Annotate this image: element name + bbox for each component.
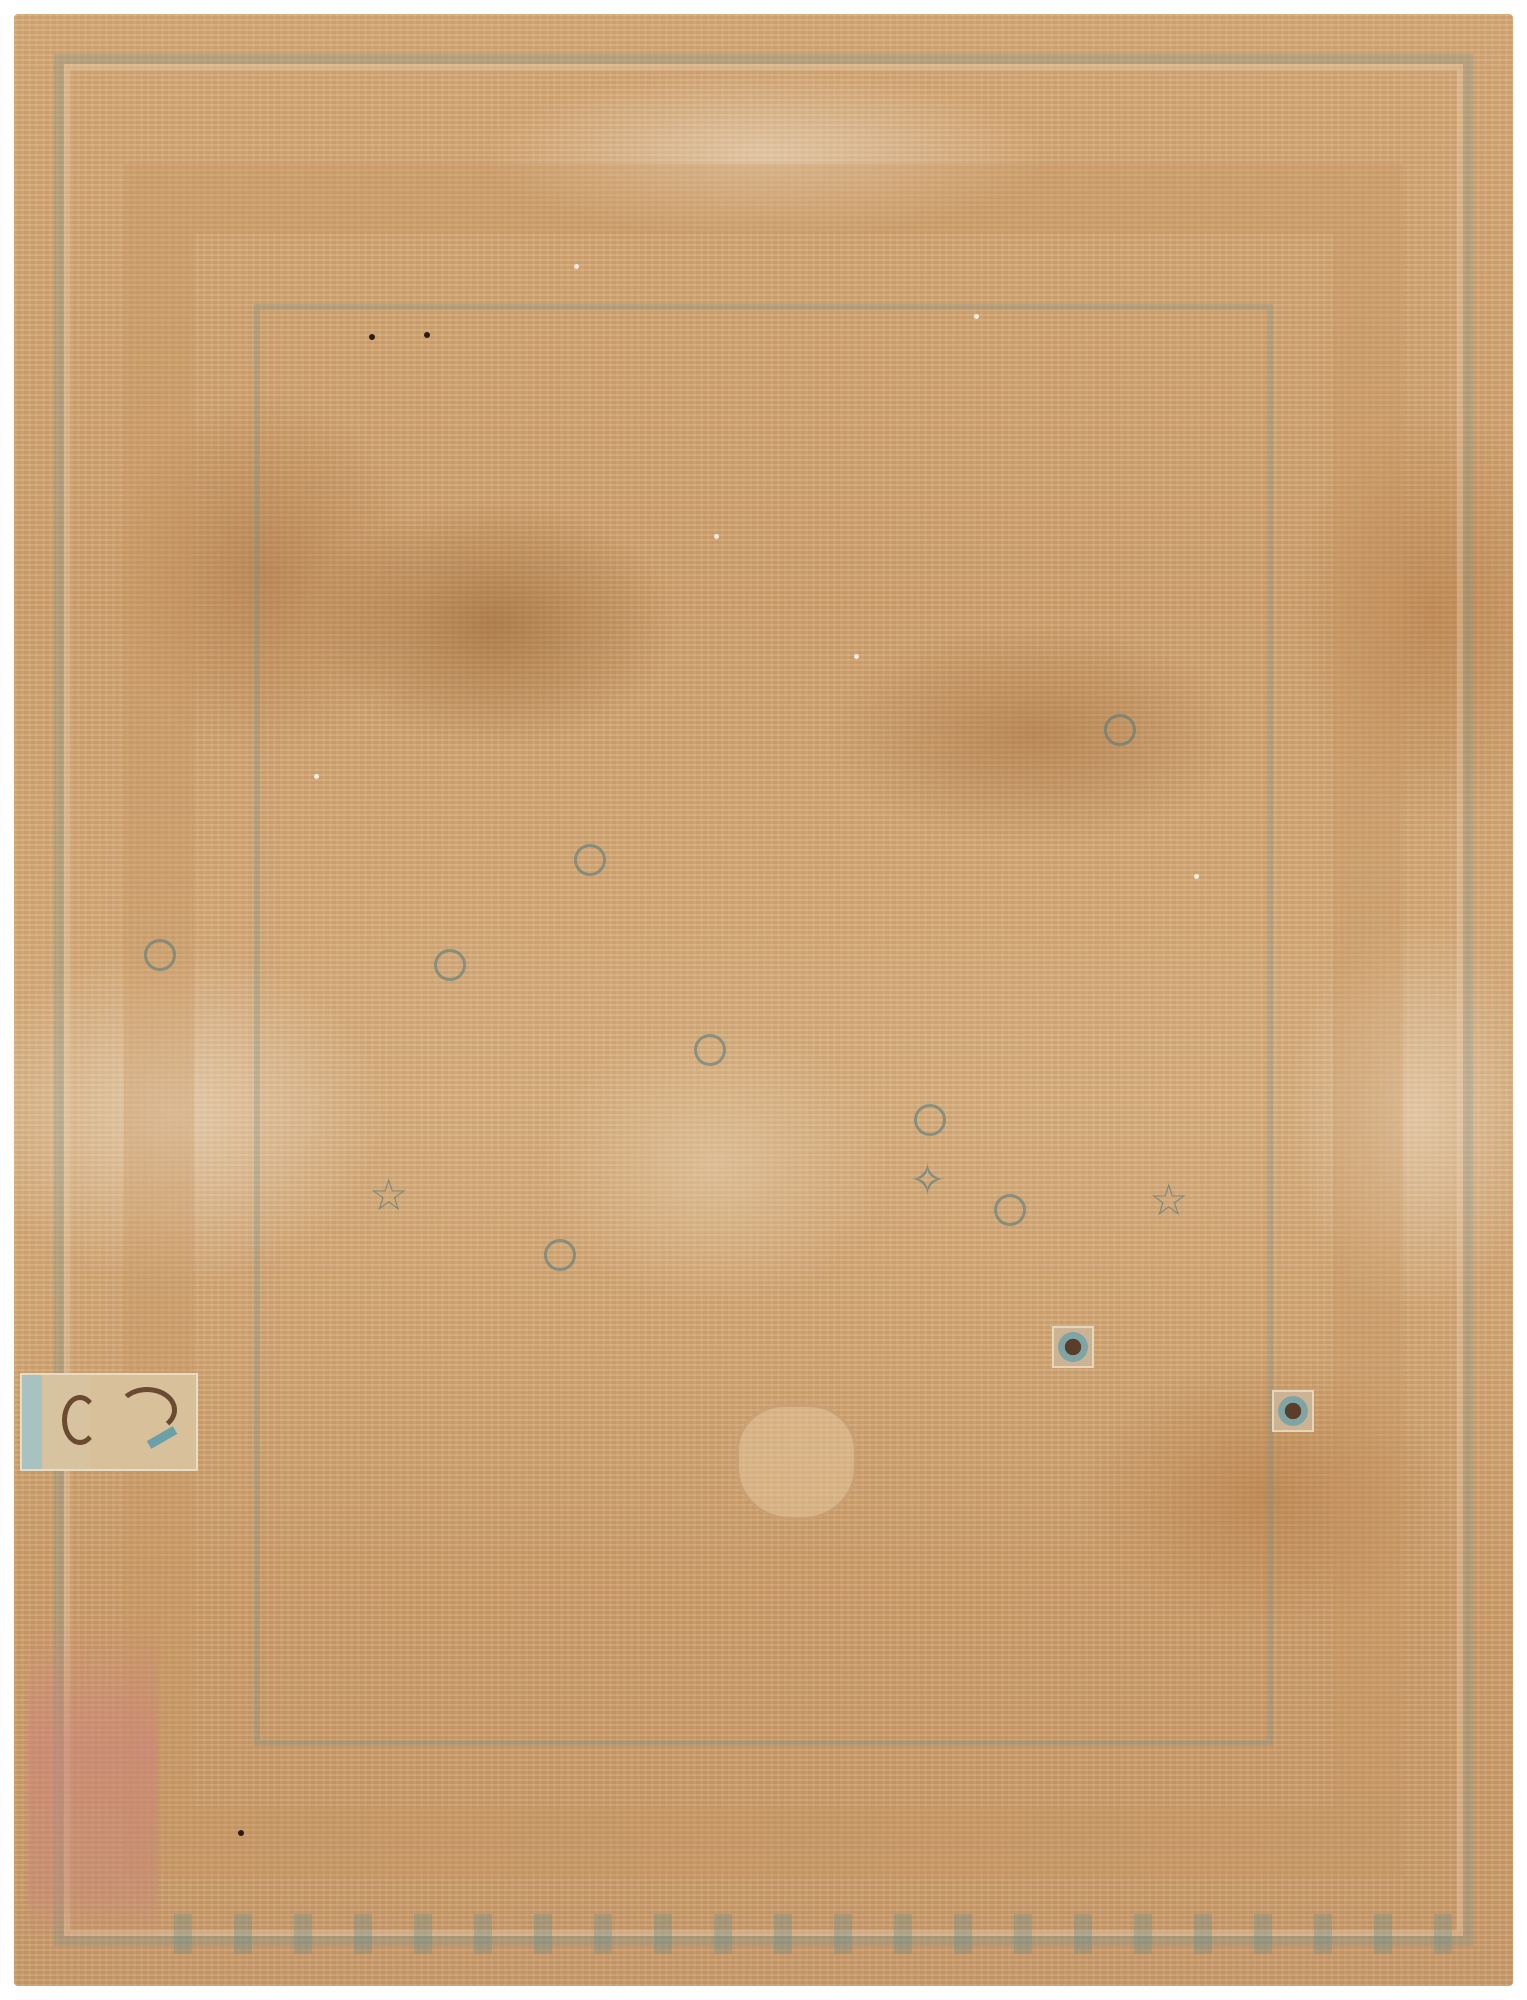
floral-motif <box>434 949 466 981</box>
patch-swirl <box>62 1395 98 1445</box>
repair-patch-left <box>20 1373 198 1471</box>
floral-motif <box>694 1034 726 1066</box>
wear-hole <box>238 1830 244 1836</box>
faded-pink-corner <box>28 1614 158 1944</box>
floral-motif <box>914 1104 946 1136</box>
wear-speck <box>854 654 859 659</box>
wear-speck <box>574 264 579 269</box>
floral-motif <box>1104 714 1136 746</box>
star-motif: ☆ <box>1149 1179 1188 1223</box>
rug-photo: ☆ ☆ ✧ <box>14 14 1513 1986</box>
wear-hole <box>369 334 375 340</box>
rug-field-outline <box>254 304 1273 1746</box>
faded-medallion <box>736 1404 857 1520</box>
wear-hole <box>424 332 430 338</box>
floral-motif <box>144 939 176 971</box>
wear-speck <box>1194 874 1199 879</box>
bottom-border-pattern <box>174 1914 1453 1954</box>
repair-patch-small <box>1272 1390 1314 1432</box>
star-motif: ✧ <box>909 1159 946 1203</box>
star-motif: ☆ <box>369 1174 408 1218</box>
wear-speck <box>974 314 979 319</box>
repair-patch-small <box>1052 1326 1094 1368</box>
floral-motif <box>544 1239 576 1271</box>
wear-speck <box>314 774 319 779</box>
floral-motif <box>994 1194 1026 1226</box>
wear-speck <box>714 534 719 539</box>
floral-motif <box>574 844 606 876</box>
patch-swirl <box>117 1387 177 1433</box>
